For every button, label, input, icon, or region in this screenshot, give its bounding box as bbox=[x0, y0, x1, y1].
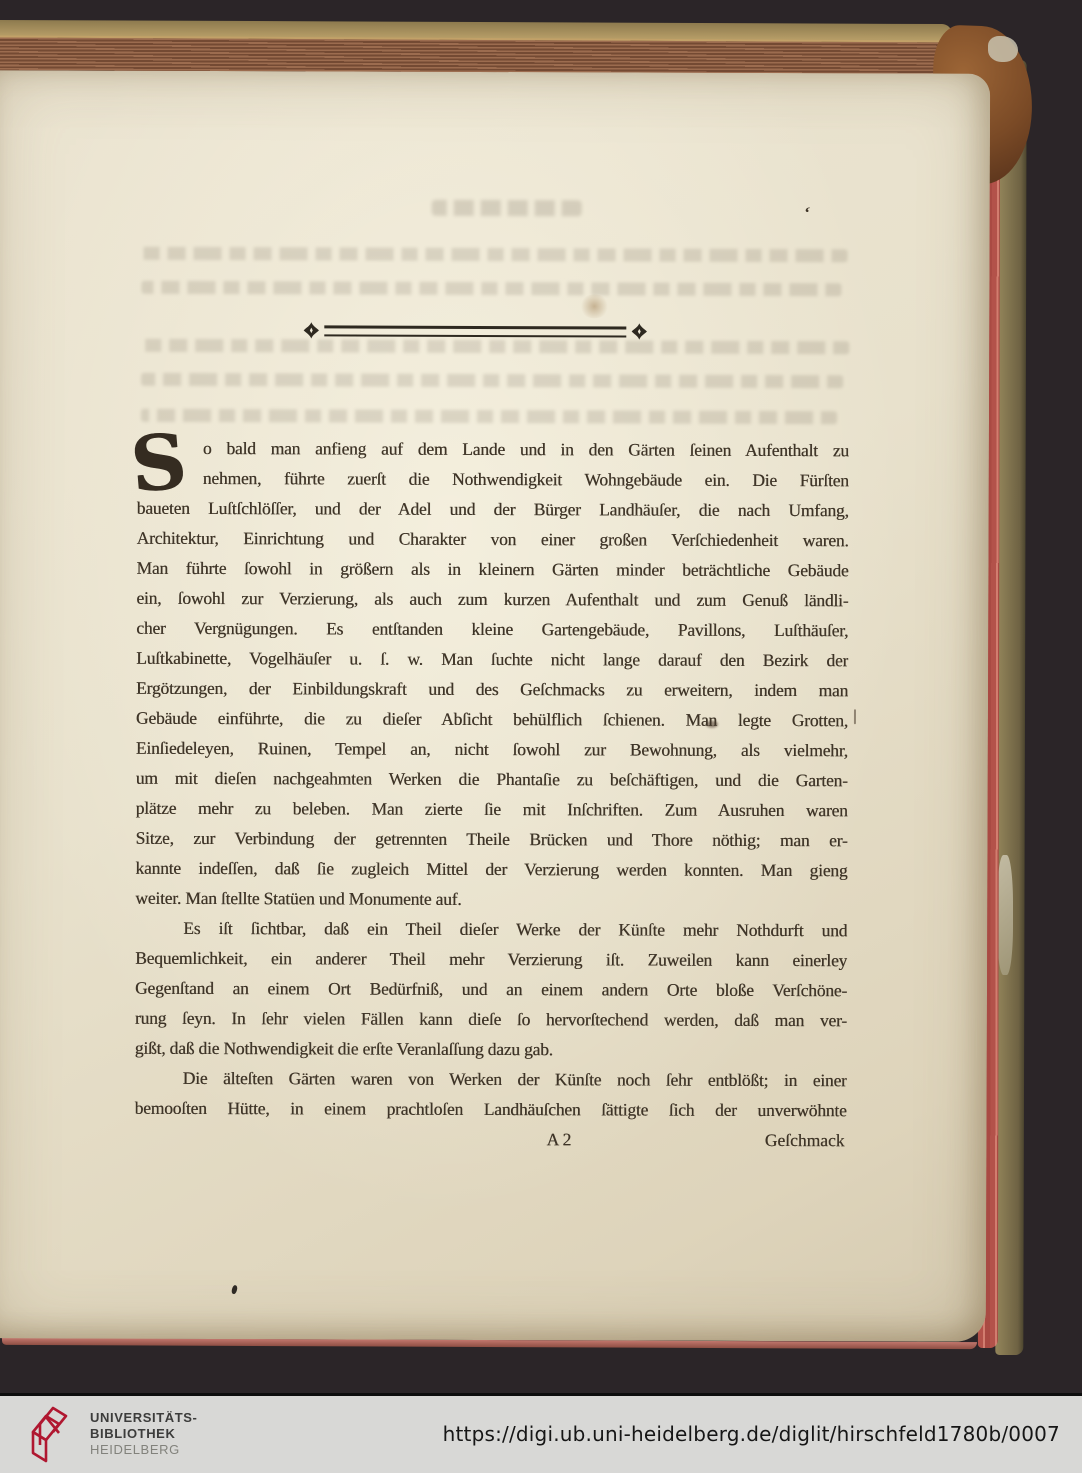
bleedthrough-line bbox=[141, 409, 837, 424]
text-line: cher Vergnügungen. Es entſtanden kleine … bbox=[136, 613, 848, 645]
text-line: Gegenſtand an einem Ort Bedürfniß, und a… bbox=[135, 973, 847, 1005]
text-line: bemooſten Hütte, in einem prachtloſen La… bbox=[135, 1093, 847, 1125]
text-line: Man führte ſowohl in größern als in klei… bbox=[136, 553, 848, 585]
catchword: Geſchmack bbox=[765, 1125, 845, 1155]
book-right-board-edge bbox=[995, 60, 1026, 1355]
library-name-line3: HEIDELBERG bbox=[90, 1442, 197, 1458]
text-line: Architektur, Einrichtung und Charakter v… bbox=[137, 523, 849, 555]
library-name: UNIVERSITÄTS- BIBLIOTHEK HEIDELBERG bbox=[90, 1410, 197, 1458]
text-lines: o bald man anfieng auf dem Lande und in … bbox=[135, 433, 849, 1125]
text-line: Es iſt ſichtbar, daß ein Theil dieſer We… bbox=[135, 913, 847, 945]
bleedthrough-line bbox=[142, 247, 848, 262]
library-name-line2: BIBLIOTHEK bbox=[90, 1426, 197, 1442]
library-name-line1: UNIVERSITÄTS- bbox=[90, 1410, 197, 1426]
stray-ink-mark: ʻ bbox=[802, 203, 812, 224]
divider-rule bbox=[302, 321, 648, 340]
text-line: Sitze, zur Verbindung der getrennten The… bbox=[135, 823, 847, 855]
text-line: rung ſeyn. In ſehr vielen Fällen kann di… bbox=[135, 1003, 847, 1035]
divider-ornament-right-icon bbox=[630, 322, 648, 340]
drop-cap: S bbox=[128, 422, 204, 504]
text-line: nehmen, führte zuerſt die Nothwendigkeit… bbox=[137, 463, 849, 495]
bleedthrough-line bbox=[141, 339, 849, 354]
board-damage-chip bbox=[997, 855, 1013, 975]
divider-ornament-left-icon bbox=[302, 321, 320, 339]
text-line: Bequemlichkeit, ein anderer Theil mehr V… bbox=[135, 943, 847, 975]
text-line: plätze mehr zu beleben. Man zierte ſie m… bbox=[136, 793, 848, 825]
viewer-footer: UNIVERSITÄTS- BIBLIOTHEK HEIDELBERG http… bbox=[0, 1393, 1082, 1473]
text-line: Die älteſten Gärten waren von Werken der… bbox=[135, 1063, 847, 1095]
margin-pen-tick bbox=[854, 709, 856, 724]
divider-line bbox=[324, 325, 626, 337]
bleedthrough-line bbox=[141, 373, 843, 388]
ub-heidelberg-logo-icon bbox=[26, 1406, 78, 1464]
text-line: Ergötzungen, der Einbildungskraft und de… bbox=[136, 673, 848, 705]
signature-mark: A 2 bbox=[546, 1124, 571, 1154]
text-line: ein, ſowohl zur Verzierung, als auch zum… bbox=[136, 583, 848, 615]
text-line: gißt, daß die Nothwendigkeit die erſte V… bbox=[135, 1033, 847, 1065]
text-line: Einſiedeleyen, Ruinen, Tempel an, nicht … bbox=[136, 733, 848, 765]
text-line: o bald man anfieng auf dem Lande und in … bbox=[137, 433, 849, 465]
scan-viewport: ʻ S o bald man anfieng auf dem Lande und… bbox=[0, 0, 1082, 1473]
bleedthrough-line bbox=[141, 281, 841, 296]
ink-fleck bbox=[231, 1285, 238, 1295]
text-line: um mit dieſen nachgeahmten Werken die Ph… bbox=[136, 763, 848, 795]
signature-row: A 2 Geſchmack bbox=[134, 1123, 846, 1155]
leather-damage-chip bbox=[988, 36, 1018, 62]
text-line: Luſtkabinette, Vogelhäuſer u. ſ. w. Man … bbox=[136, 643, 848, 675]
foxing-stain bbox=[579, 294, 609, 318]
text-line: kannte indeſſen, daß ſie zugleich Mittel… bbox=[135, 853, 847, 885]
bleedthrough-heading bbox=[432, 200, 582, 217]
text-line: Gebäude einführte, die zu dieſer Abſicht… bbox=[136, 703, 848, 735]
body-text: S o bald man anfieng auf dem Lande und i… bbox=[134, 433, 849, 1155]
book-page: ʻ S o bald man anfieng auf dem Lande und… bbox=[0, 70, 990, 1341]
text-line: weiter. Man ſtellte Statüen und Monument… bbox=[135, 883, 847, 915]
text-line: baueten Luſtſchlöſſer, und der Adel und … bbox=[137, 493, 849, 525]
source-url: https://digi.ub.uni-heidelberg.de/diglit… bbox=[443, 1422, 1060, 1446]
